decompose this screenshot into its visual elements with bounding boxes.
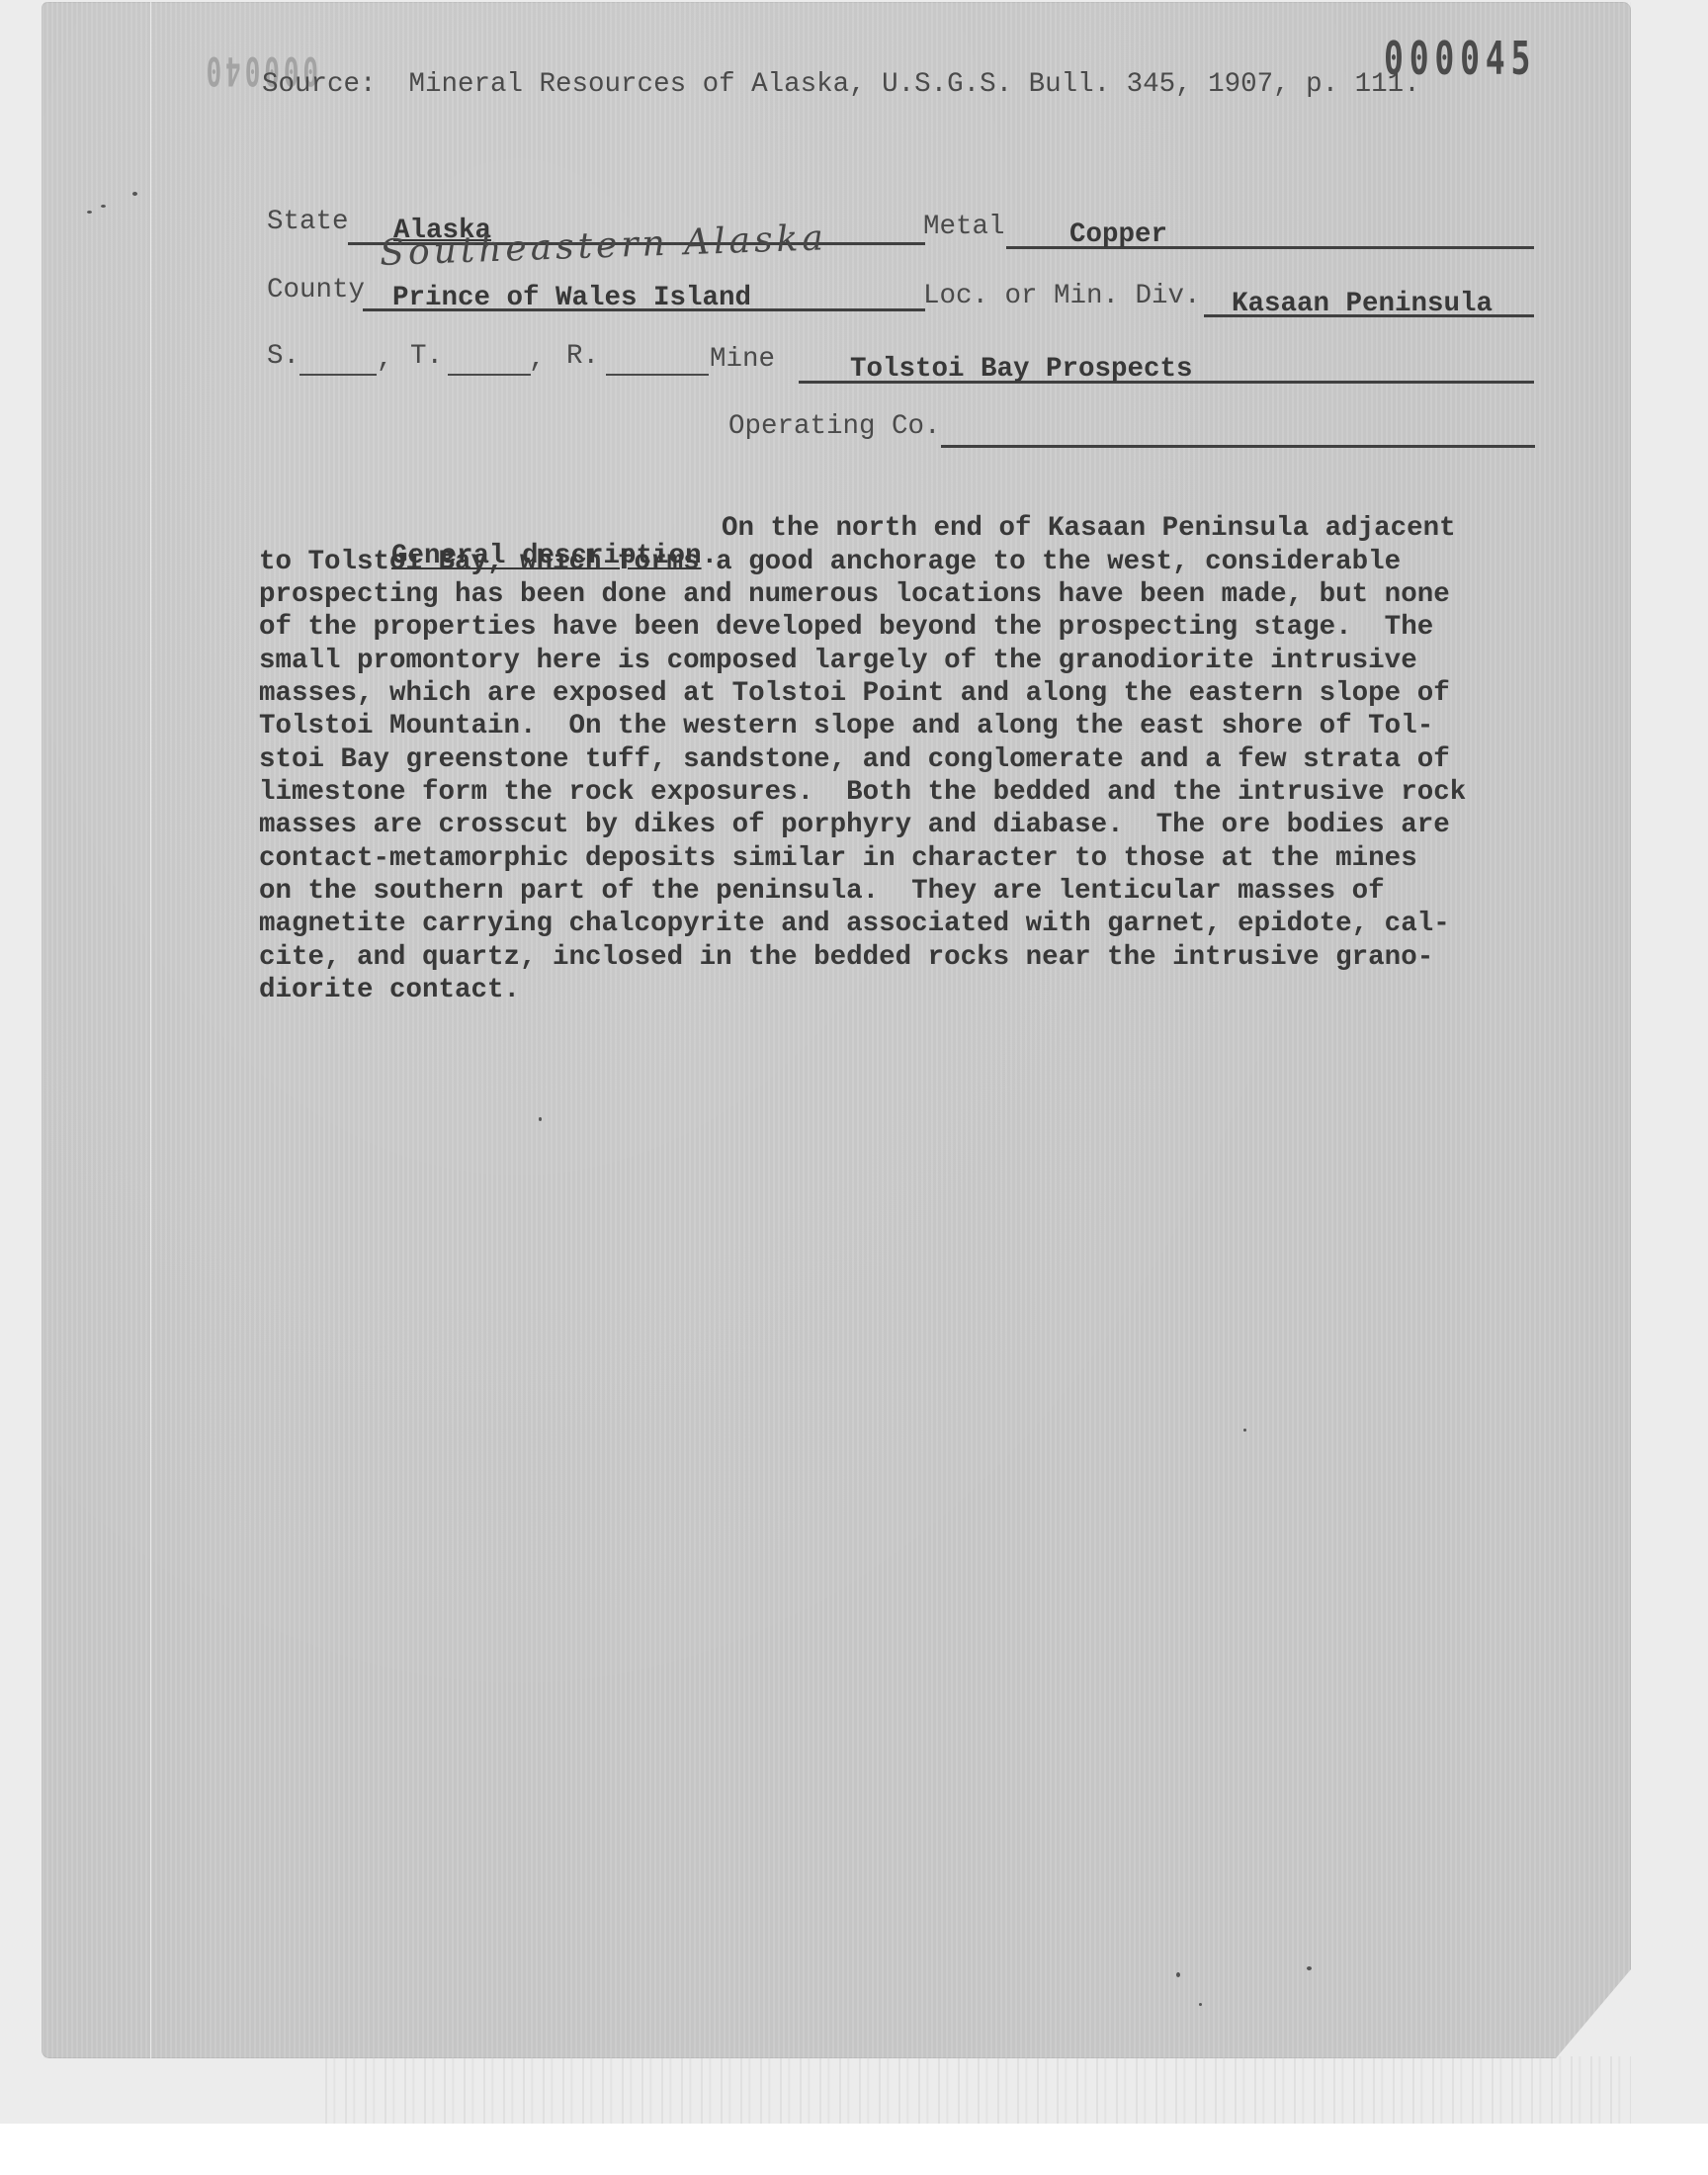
section-label: S. — [267, 343, 299, 371]
range-label: R. — [566, 343, 599, 371]
county-label: County — [267, 277, 365, 304]
operating-company-label: Operating Co. — [728, 413, 941, 441]
ink-speck — [539, 1117, 542, 1121]
operating-company-field-line — [941, 445, 1535, 448]
ink-speck — [101, 205, 106, 208]
mine-value: Tolstoi Bay Prospects — [850, 356, 1193, 384]
description-line-1: On the north end of Kasaan Peninsula adj… — [689, 515, 1456, 543]
description-line-10: masses are crosscut by dikes of porphyry… — [259, 812, 1450, 839]
ink-speck — [87, 211, 92, 214]
ink-speck — [1176, 1972, 1180, 1977]
description-line-2: to Tolstoi Bay, which forms a good ancho… — [259, 549, 1401, 576]
description-line-14: cite, and quartz, inclosed in the bedded… — [259, 944, 1433, 972]
scanner-artifact-stripes — [316, 2056, 1631, 2124]
description-line-11: contact-metamorphic deposits similar in … — [259, 845, 1417, 873]
description-line-13: magnetite carrying chalcopyrite and asso… — [259, 911, 1450, 938]
mine-label: Mine — [710, 346, 775, 374]
county-value: Prince of Wales Island — [392, 285, 751, 312]
description-line-8: stoi Bay greenstone tuff, sandstone, and… — [259, 746, 1450, 774]
description-line-5: small promontory here is composed largel… — [259, 648, 1417, 675]
ink-speck — [1307, 1966, 1312, 1970]
metal-value: Copper — [1069, 221, 1167, 249]
scan-line-artifact — [150, 2, 151, 2058]
source-citation: Source: Mineral Resources of Alaska, U.S… — [262, 71, 1420, 99]
metal-label: Metal — [923, 214, 1005, 241]
ink-speck — [1243, 1429, 1246, 1432]
location-division-value: Kasaan Peninsula — [1232, 291, 1493, 318]
ink-speck — [1199, 2003, 1202, 2006]
comma-separator: , — [377, 346, 393, 374]
comma-separator: , — [529, 346, 546, 374]
ink-speck — [132, 192, 137, 196]
description-line-9: limestone form the rock exposures. Both … — [259, 779, 1466, 807]
section-field-line — [299, 374, 377, 376]
township-label: T. — [410, 343, 443, 371]
description-line-3: prospecting has been done and numerous l… — [259, 581, 1450, 609]
location-division-label: Loc. or Min. Div. — [923, 283, 1201, 310]
description-line-7: Tolstoi Mountain. On the western slope a… — [259, 713, 1433, 740]
state-label: State — [267, 209, 349, 236]
description-line-12: on the southern part of the peninsula. T… — [259, 878, 1385, 906]
range-field-line — [606, 374, 709, 376]
township-field-line — [448, 374, 531, 376]
description-line-6: masses, which are exposed at Tolstoi Poi… — [259, 680, 1450, 708]
description-line-4: of the properties have been developed be… — [259, 614, 1433, 642]
description-line-15: diorite contact. — [259, 977, 520, 1004]
